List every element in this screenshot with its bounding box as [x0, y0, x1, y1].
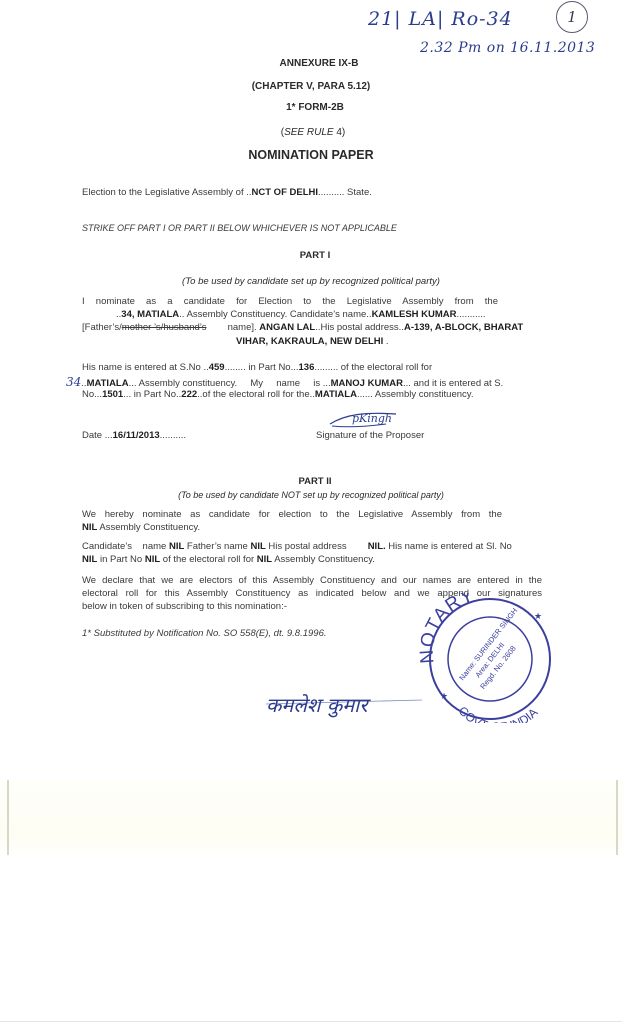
form-heading: 1* FORM-2B	[4, 102, 622, 113]
scan-edge-left	[7, 780, 9, 855]
scan-artifact-band	[0, 780, 622, 858]
part2-para3-line1: We declare that we are electors of this …	[82, 575, 542, 586]
part2-para1-line2: NIL Assembly Constituency.	[82, 522, 200, 533]
part1-line1: I nominate as a candidate for Election t…	[82, 296, 498, 307]
part1-heading: PART I	[4, 250, 622, 261]
date-line: Date ...16/11/2013..........	[82, 430, 186, 441]
part2-para2-line2: NIL in Part No NIL of the electoral roll…	[82, 554, 375, 565]
election-line: Election to the Legislative Assembly of …	[82, 187, 372, 198]
svg-text:NOTARY: NOTARY	[418, 593, 477, 664]
part2-subheading: (To be used by candidate NOT set up by r…	[0, 490, 622, 500]
candidate-signature: कमलेश कुमार	[262, 684, 430, 728]
part2-heading: PART II	[4, 476, 622, 487]
part1-line4: VIHAR, KAKRAULA, NEW DELHI .	[236, 336, 389, 347]
part2-para2-line1: Candidate’s name NIL Father’s name NIL H…	[82, 541, 512, 552]
rule-reference: (SEE RULE 4)	[2, 127, 622, 138]
time-date-annotation: 2.32 Pm on 16.11.2013	[420, 40, 595, 56]
part2-para3-line3: below in token of subscribing to this no…	[82, 601, 287, 612]
part1-proposer-roll-line: No...1501... in Part No..222..of the ele…	[82, 389, 473, 400]
receipt-annotation: 21| LA| Ro-34	[368, 8, 513, 30]
part1-proposer-line: 34..MATIALA... Assembly constituency. My…	[66, 375, 503, 389]
svg-text:कमलेश कुमार: कमलेश कुमार	[266, 693, 371, 718]
page-bottom-edge	[0, 1021, 622, 1022]
svg-text:★: ★	[440, 691, 448, 701]
chapter-heading: (CHAPTER V, PARA 5.12)	[0, 81, 622, 92]
part1-line2: ..34, MATIALA.. Assembly Constituency. C…	[116, 309, 486, 320]
scan-edge-right	[616, 780, 618, 855]
proposer-signature: pKingh	[326, 404, 410, 432]
strike-instruction: STRIKE OFF PART I OR PART II BELOW WHICH…	[82, 223, 397, 233]
part1-subheading: (To be used by candidate set up by recog…	[0, 276, 622, 287]
part2-para1-line1: We hereby nominate as candidate for elec…	[82, 509, 502, 520]
svg-text:pKingh: pKingh	[352, 412, 392, 425]
part1-roll-line: His name is entered at S.No ..459.......…	[82, 362, 432, 373]
circled-page-number: 1	[556, 1, 588, 33]
annexure-heading: ANNEXURE IX-B	[8, 58, 622, 69]
svg-text:★: ★	[534, 611, 542, 621]
footnote: 1* Substituted by Notification No. SO 55…	[82, 628, 327, 639]
part1-line3: [Father’s/mother ’s/husband’s name]. ANG…	[82, 322, 523, 333]
page-title: NOMINATION PAPER	[0, 148, 622, 162]
notary-stamp: NOTARY GOVT. OF INDIA Name: SURINDER SIN…	[418, 593, 554, 723]
nomination-paper-page: 21| LA| Ro-34 2.32 Pm on 16.11.2013 1 AN…	[0, 0, 622, 1024]
proposer-signature-label: Signature of the Proposer	[316, 430, 424, 441]
